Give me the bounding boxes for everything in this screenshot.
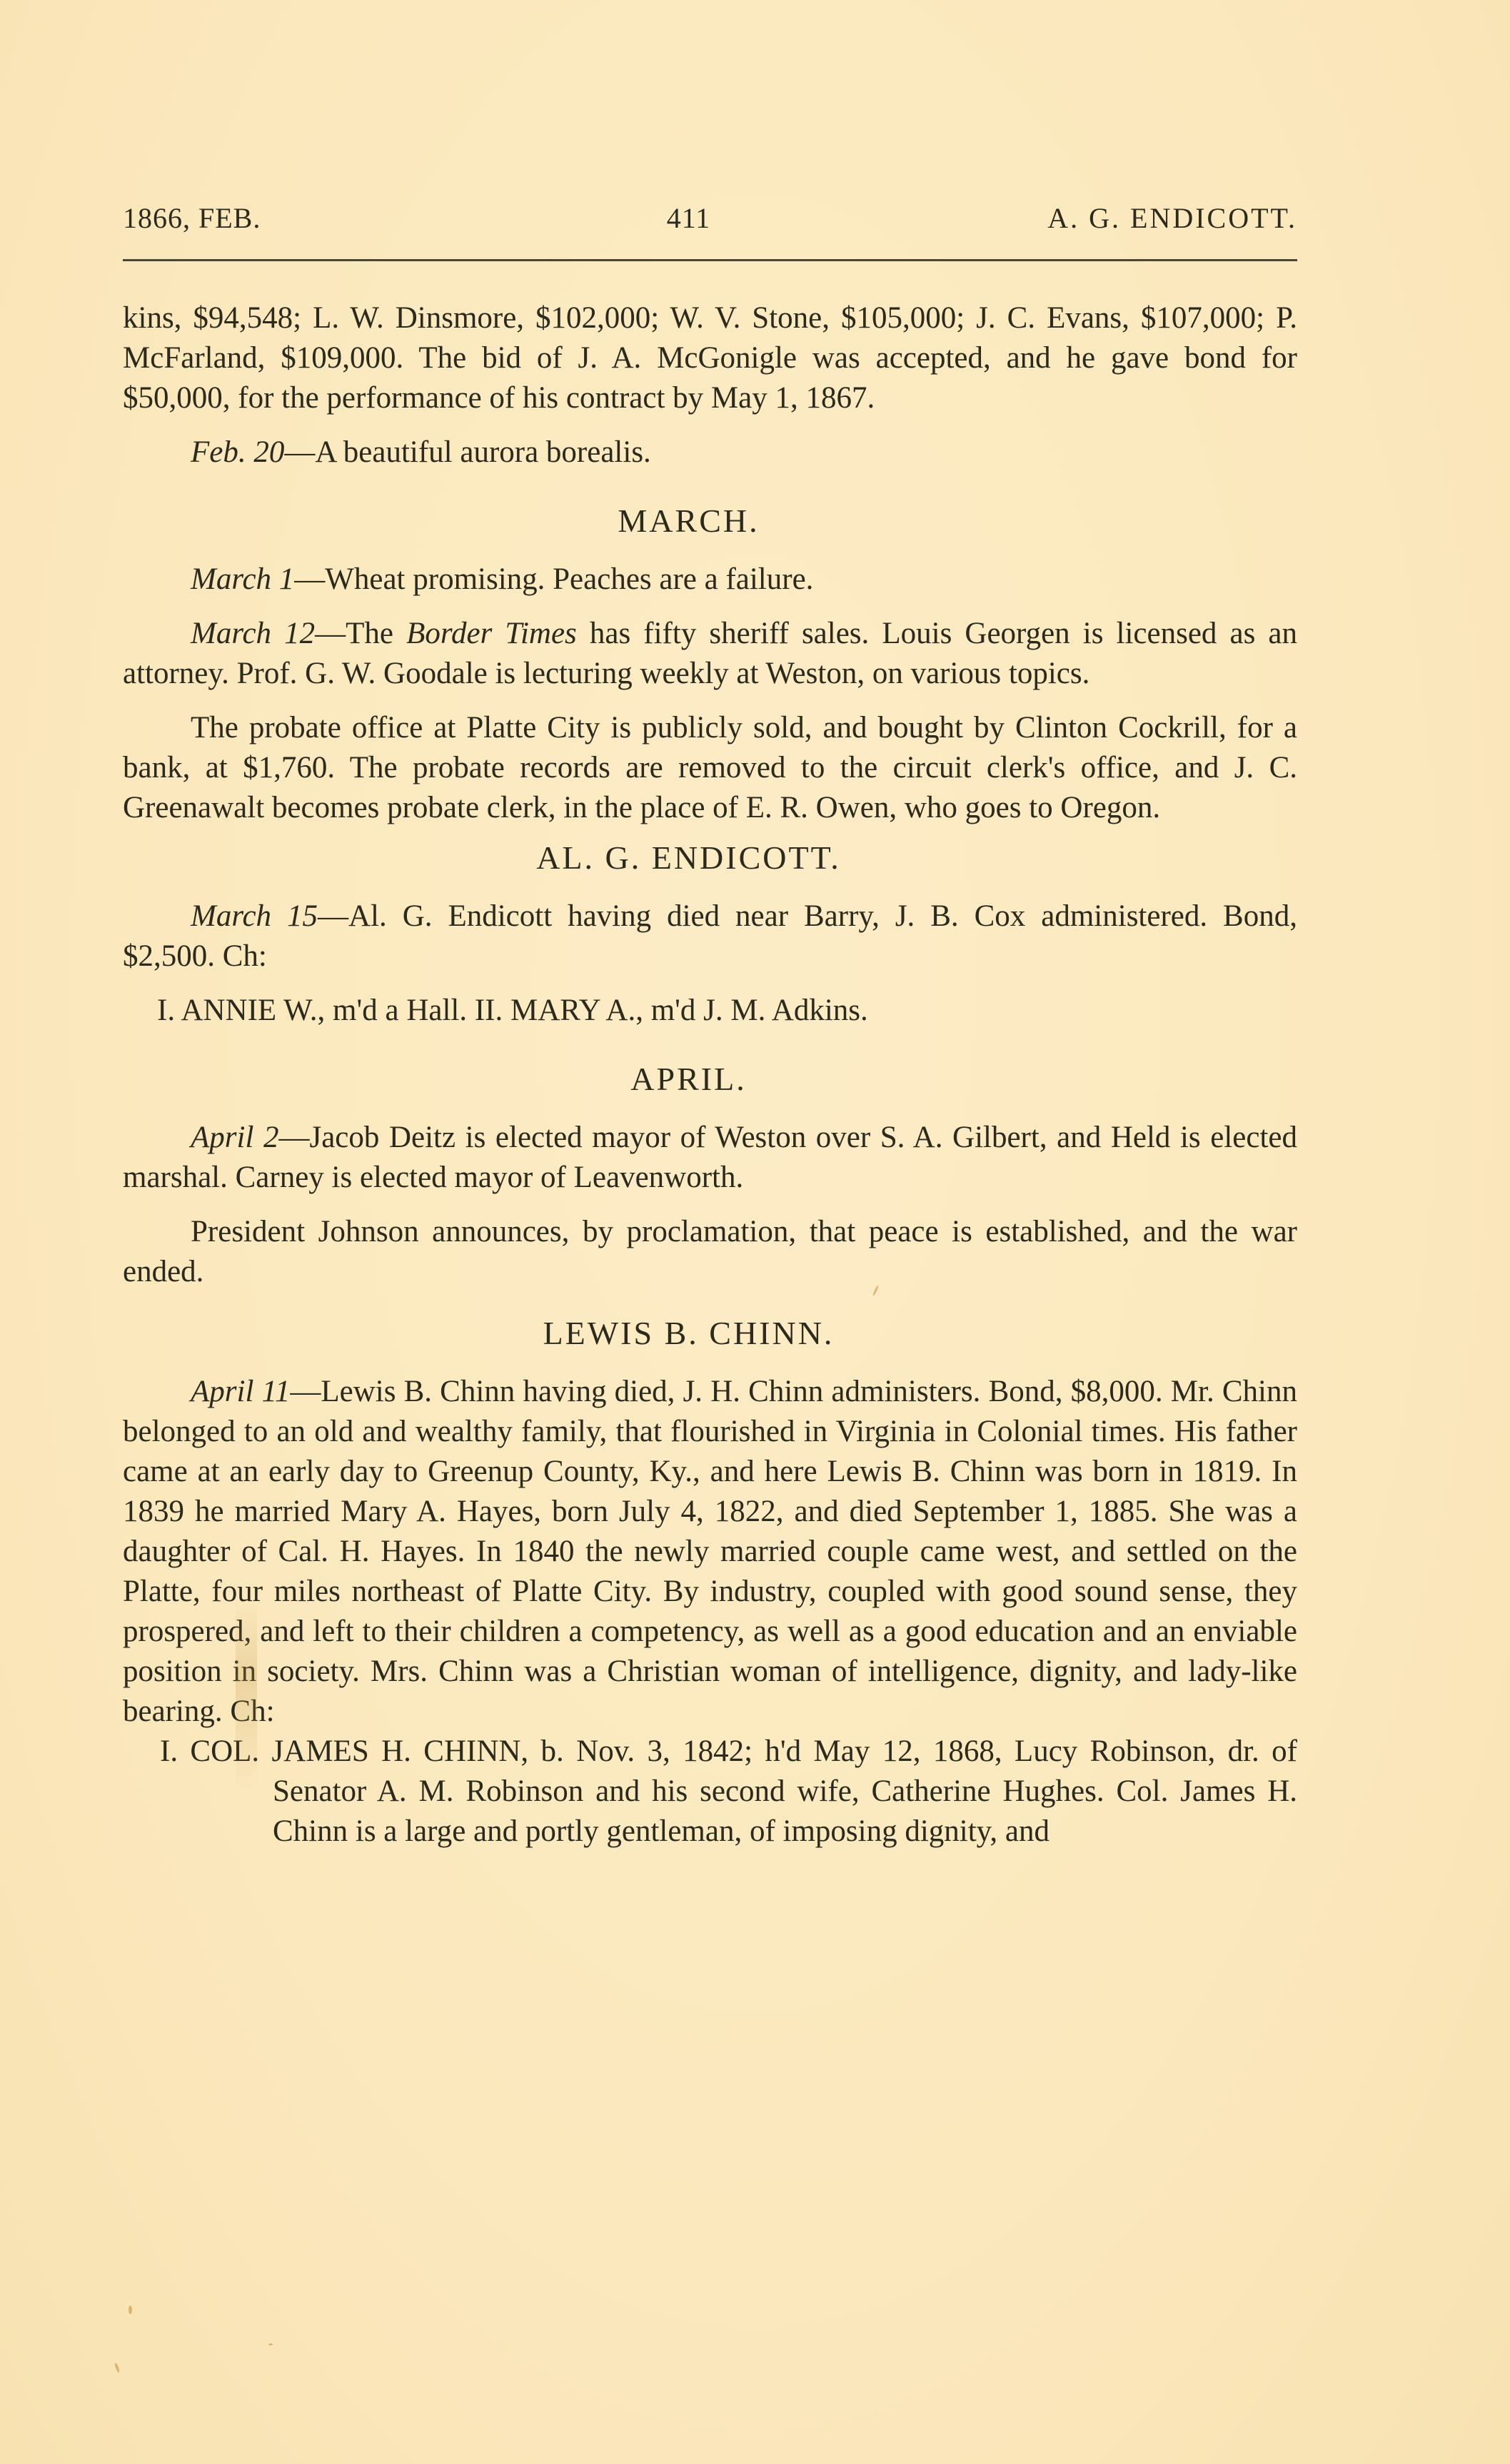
section-heading-chinn: LEWIS B. CHINN.	[123, 1313, 1297, 1353]
entry-text: —The	[315, 617, 406, 650]
entry-march-1: March 1—Wheat promising. Peaches are a f…	[123, 560, 1297, 600]
running-head: 1866, FEB. 411 A. G. ENDICOTT.	[123, 201, 1297, 244]
section-heading-endicott: AL. G. ENDICOTT.	[123, 838, 1297, 878]
section-heading-april: APRIL.	[123, 1059, 1297, 1099]
entry-date: April 2	[191, 1121, 278, 1154]
paper-speck	[114, 2363, 121, 2373]
children-list-endicott: I. ANNIE W., m'd a Hall. II. MARY A., m'…	[123, 991, 1297, 1031]
paragraph-bids: kins, $94,548; L. W. Dinsmore, $102,000;…	[123, 298, 1297, 418]
children-list-chinn: I. COL. JAMES H. CHINN, b. Nov. 3, 1842;…	[123, 1732, 1297, 1852]
entry-text: —Wheat promising. Peaches are a failure.	[294, 562, 813, 596]
paragraph-probate-office: The probate office at Platte City is pub…	[123, 708, 1297, 828]
entry-date: Feb. 20	[191, 435, 284, 469]
entry-date: March 12	[191, 617, 315, 650]
header-rule-divider	[123, 259, 1297, 261]
paragraph-proclamation: President Johnson announces, by proclama…	[123, 1212, 1297, 1292]
paper-stain	[236, 1599, 257, 1792]
entry-text: —Jacob Deitz is elected mayor of Weston …	[123, 1121, 1297, 1194]
section-heading-march: MARCH.	[123, 501, 1297, 541]
entry-text: —Lewis B. Chinn having died, J. H. Chinn…	[123, 1375, 1297, 1728]
running-head-subject: A. G. ENDICOTT.	[1047, 201, 1297, 235]
entry-text: —A beautiful aurora borealis.	[284, 435, 650, 469]
entry-march-12: March 12—The Border Times has fifty sher…	[123, 614, 1297, 694]
entry-date: April 11	[191, 1375, 290, 1408]
entry-date: March 15	[191, 899, 318, 933]
entry-feb-20: Feb. 20—A beautiful aurora borealis.	[123, 433, 1297, 473]
paper-speck	[129, 2306, 132, 2314]
newspaper-title: Border Times	[406, 617, 577, 650]
paper-speck	[268, 2343, 273, 2346]
entry-march-15: March 15—Al. G. Endicott having died nea…	[123, 897, 1297, 976]
entry-april-2: April 2—Jacob Deitz is elected mayor of …	[123, 1118, 1297, 1198]
page-body: kins, $94,548; L. W. Dinsmore, $102,000;…	[123, 298, 1297, 1852]
entry-april-11: April 11—Lewis B. Chinn having died, J. …	[123, 1372, 1297, 1732]
entry-date: March 1	[191, 562, 294, 596]
